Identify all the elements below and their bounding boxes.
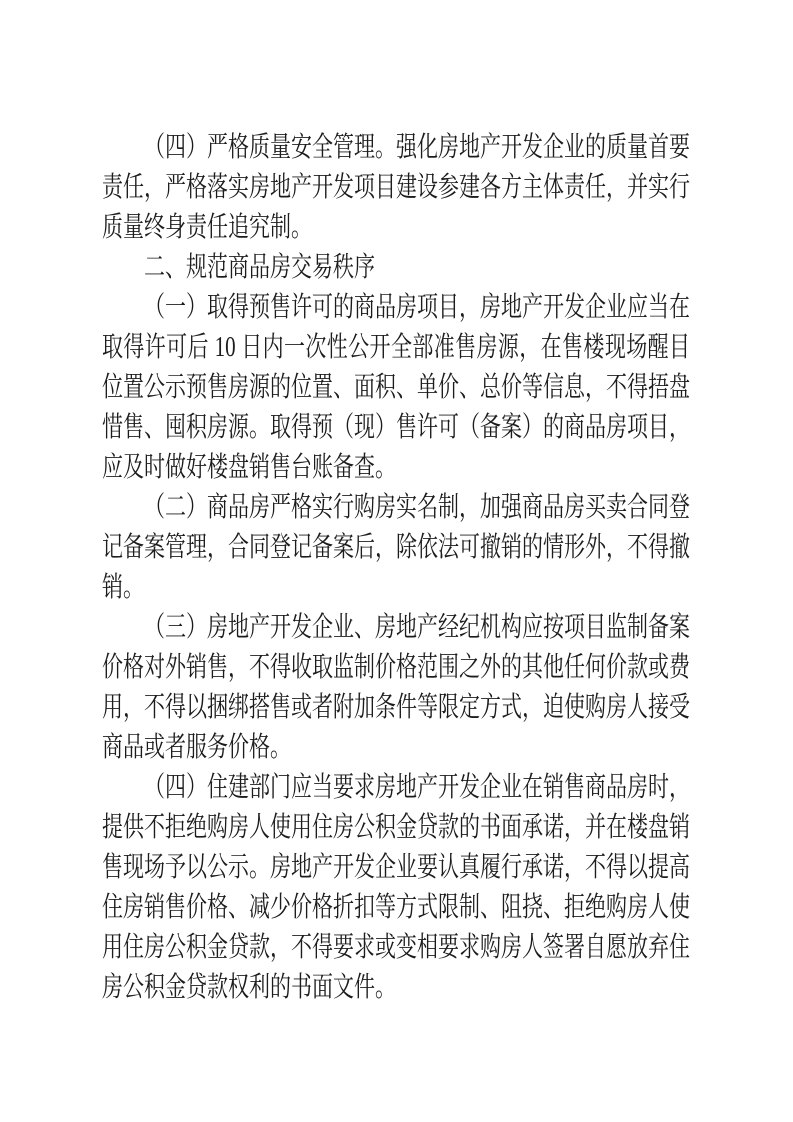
paragraph-housing-provident-fund-loans: （四）住建部门应当要求房地产开发企业在销售商品房时，提供不拒绝购房人使用住房公积… [102, 768, 690, 1008]
paragraph-presale-permit-disclosure: （一）取得预售许可的商品房项目，房地产开发企业应当在取得许可后 10 日内一次性… [102, 288, 690, 488]
paragraph-real-name-purchase-contract-filing: （二）商品房严格实行购房实名制，加强商品房买卖合同登记备案管理，合同登记备案后，… [102, 488, 690, 608]
document-body: （四）严格质量安全管理。强化房地产开发企业的质量首要责任，严格落实房地产开发项目… [102, 128, 690, 1008]
paragraph-quality-safety-management: （四）严格质量安全管理。强化房地产开发企业的质量首要责任，严格落实房地产开发项目… [102, 128, 690, 248]
document-page: （四）严格质量安全管理。强化房地产开发企业的质量首要责任，严格落实房地产开发项目… [0, 0, 793, 1122]
paragraph-filed-price-sales: （三）房地产开发企业、房地产经纪机构应按项目监制备案价格对外销售，不得收取监制价… [102, 608, 690, 768]
section-heading-commodity-housing-transaction-order: 二、规范商品房交易秩序 [102, 248, 690, 288]
